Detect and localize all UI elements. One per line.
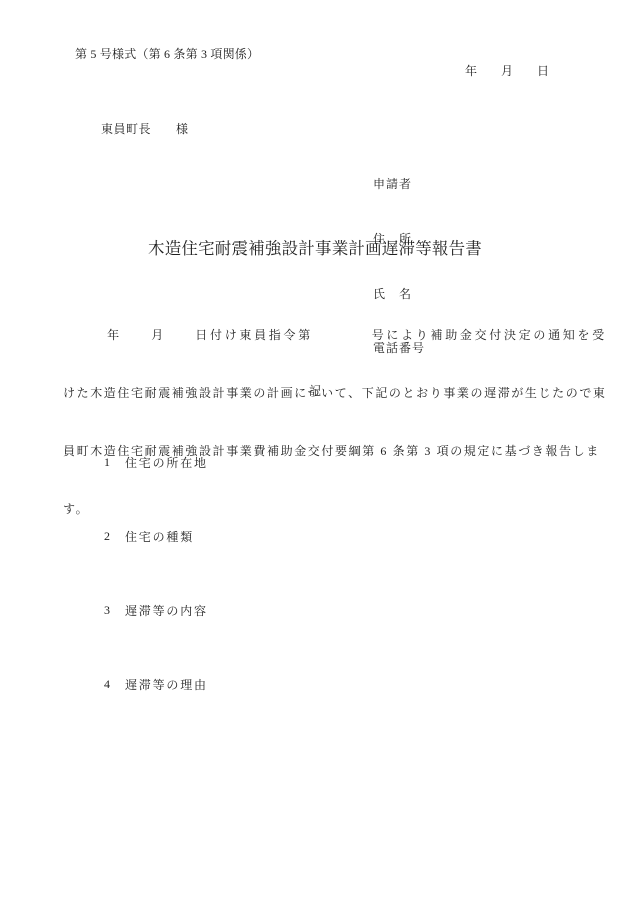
list-item: 2 住宅の種類 [104, 517, 208, 555]
applicant-heading: 申請者 [373, 175, 425, 193]
item-list: 1 住宅の所在地 2 住宅の種類 3 遅滞等の内容 4 遅滞等の理由 [104, 407, 208, 739]
list-item: 3 遅滞等の内容 [104, 591, 208, 629]
item-label: 遅滞等の理由 [125, 676, 208, 693]
item-label: 遅滞等の内容 [125, 602, 208, 619]
list-item: 1 住宅の所在地 [104, 443, 208, 481]
record-marker: 記 [0, 383, 630, 400]
addressee-line: 東員町長 様 [101, 121, 189, 138]
item-number: 3 [104, 603, 125, 618]
item-label: 住宅の所在地 [125, 454, 208, 471]
list-item: 4 遅滞等の理由 [104, 665, 208, 703]
item-label: 住宅の種類 [125, 528, 194, 545]
item-number: 4 [104, 677, 125, 692]
document-title: 木造住宅耐震補強設計事業計画遅滞等報告書 [0, 237, 630, 260]
form-number: 第 5 号様式（第 6 条第 3 項関係） [75, 46, 259, 63]
date-line: 年 月 日 [465, 63, 549, 80]
report-form-page: 第 5 号様式（第 6 条第 3 項関係） 年 月 日 東員町長 様 申請者 住… [0, 0, 630, 903]
item-number: 2 [104, 529, 125, 544]
body-line-1: 年 月 日付け東員指令第 号により補助金交付決定の通知を受 [63, 326, 611, 345]
item-number: 1 [104, 455, 125, 470]
